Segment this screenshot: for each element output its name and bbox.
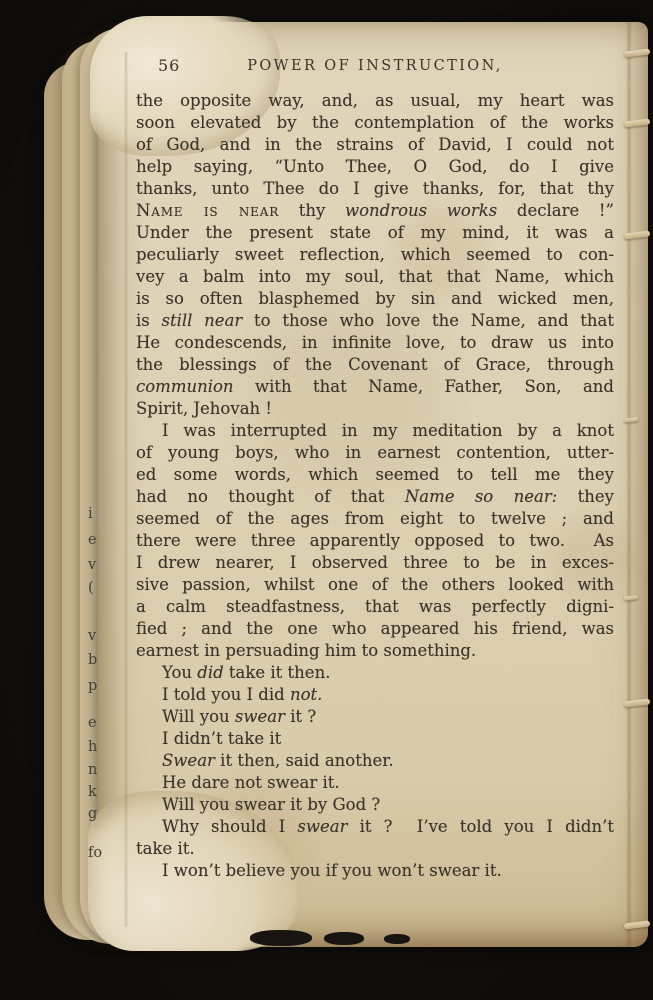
- text-line: I won’t believe you if you won’t swear i…: [136, 860, 614, 882]
- text-segment: the opposite way, and, as usual, my hear…: [136, 91, 614, 110]
- text-segment: Spirit, Jehovah !: [136, 399, 272, 418]
- text-segment: I was interrupted in my meditation by a …: [162, 421, 614, 440]
- margin-letter-fragment: b: [88, 652, 108, 668]
- text-segment: there were three apparently opposed to t…: [136, 531, 614, 550]
- text-segment: He dare not swear it.: [162, 773, 340, 792]
- text-line: soon elevated by the contemplation of th…: [136, 112, 614, 134]
- text-segment: the blessings of the Covenant of Grace, …: [136, 355, 614, 374]
- text-segment: they: [557, 487, 614, 506]
- margin-letter-fragment: h: [88, 739, 108, 755]
- text-segment: it ?: [285, 707, 316, 726]
- text-segment: Will you: [162, 707, 235, 726]
- book-page: 56 POWER OF INSTRUCTION, the opposite wa…: [98, 22, 648, 947]
- text-segment: soon elevated by the contemplation of th…: [136, 113, 614, 132]
- text-line: is still near to those who love the Name…: [136, 310, 614, 332]
- text-line: I was interrupted in my meditation by a …: [136, 420, 614, 442]
- text-segment: is: [136, 311, 162, 330]
- text-segment: swear: [235, 707, 285, 726]
- text-segment: take it.: [136, 839, 195, 858]
- page-header: 56 POWER OF INSTRUCTION,: [136, 56, 614, 78]
- margin-letter-fragment: i: [88, 506, 108, 522]
- text-segment: it ? I’ve told you I didn’t: [347, 817, 614, 836]
- text-line: help saying, “Unto Thee, O God, do I giv…: [136, 156, 614, 178]
- text-segment: with that Name, Father, Son, and: [234, 377, 614, 396]
- photo-background: 56 POWER OF INSTRUCTION, the opposite wa…: [0, 0, 653, 1000]
- margin-letter-fragment: g: [88, 806, 108, 822]
- text-line: communion with that Name, Father, Son, a…: [136, 376, 614, 398]
- text-line: He condescends, in infinite love, to dra…: [136, 332, 614, 354]
- text-segment: is so often blasphemed by sin and wicked…: [136, 289, 614, 308]
- margin-letter-fragment: (: [88, 580, 108, 596]
- text-line: fied ; and the one who appeared his frie…: [136, 618, 614, 640]
- text-line: Name is near thy wondrous works declare …: [136, 200, 614, 222]
- text-line: I didn’t take it: [136, 728, 614, 750]
- text-segment: take it then.: [224, 663, 331, 682]
- text-segment: not.: [290, 685, 322, 704]
- text-line: I told you I did not.: [136, 684, 614, 706]
- text-segment: thanks, unto Thee do I give thanks, for,…: [136, 179, 614, 198]
- text-segment: I told you I did: [162, 685, 290, 704]
- text-line: Will you swear it by God ?: [136, 794, 614, 816]
- text-segment: earnest in persuading him to something.: [136, 641, 476, 660]
- text-line: there were three apparently opposed to t…: [136, 530, 614, 552]
- running-head: POWER OF INSTRUCTION,: [136, 58, 614, 74]
- text-line: peculiarly sweet reflection, which seeme…: [136, 244, 614, 266]
- text-segment: peculiarly sweet reflection, which seeme…: [136, 245, 614, 264]
- text-segment: of God, and in the strains of David, I c…: [136, 135, 614, 154]
- margin-letter-fragment: v: [88, 557, 108, 573]
- text-segment: declare !”: [497, 201, 614, 220]
- text-segment: I won’t believe you if you won’t swear i…: [162, 861, 502, 880]
- text-segment: sive passion, whilst one of the others l…: [136, 575, 614, 594]
- margin-letter-fragment: k: [88, 784, 108, 800]
- text-segment: of young boys, who in earnest contention…: [136, 443, 614, 462]
- text-segment: I drew nearer, I observed three to be in…: [136, 553, 614, 572]
- text-segment: help saying, “Unto Thee, O God, do I giv…: [136, 157, 614, 176]
- margin-letter-fragment: n: [88, 762, 108, 778]
- torn-edge-notch: [324, 932, 364, 945]
- text-segment: a calm steadfastness, that was perfectly…: [136, 597, 614, 616]
- text-line: of God, and in the strains of David, I c…: [136, 134, 614, 156]
- text-segment: Name is near: [136, 201, 279, 220]
- text-segment: did: [197, 663, 223, 682]
- text-segment: fied ; and the one who appeared his frie…: [136, 619, 614, 638]
- text-line: a calm steadfastness, that was perfectly…: [136, 596, 614, 618]
- text-line: Spirit, Jehovah !: [136, 398, 614, 420]
- margin-letter-fragment: fo: [88, 845, 108, 861]
- text-segment: Will you swear it by God ?: [162, 795, 380, 814]
- margin-letter-fragment: e: [88, 715, 108, 731]
- text-line: You did take it then.: [136, 662, 614, 684]
- text-segment: still near: [162, 311, 243, 330]
- text-line: is so often blasphemed by sin and wicked…: [136, 288, 614, 310]
- page-crease-left: [124, 52, 128, 927]
- text-segment: Why should I: [162, 817, 297, 836]
- text-segment: vey a balm into my soul, that that Name,…: [136, 267, 614, 286]
- text-block: the opposite way, and, as usual, my hear…: [136, 90, 614, 882]
- text-line: He dare not swear it.: [136, 772, 614, 794]
- text-segment: wondrous works: [345, 201, 497, 220]
- text-line: vey a balm into my soul, that that Name,…: [136, 266, 614, 288]
- text-segment: You: [162, 663, 197, 682]
- text-line: sive passion, whilst one of the others l…: [136, 574, 614, 596]
- text-segment: swear: [297, 817, 347, 836]
- text-segment: I didn’t take it: [162, 729, 281, 748]
- text-line: thanks, unto Thee do I give thanks, for,…: [136, 178, 614, 200]
- text-segment: it then, said another.: [215, 751, 394, 770]
- text-segment: had no thought of that: [136, 487, 405, 506]
- text-line: of young boys, who in earnest contention…: [136, 442, 614, 464]
- torn-edge-notch: [384, 934, 410, 944]
- binding-crease: [626, 22, 632, 947]
- text-segment: seemed of the ages from eight to twelve …: [136, 509, 614, 528]
- text-line: Why should I swear it ? I’ve told you I …: [136, 816, 614, 838]
- text-line: seemed of the ages from eight to twelve …: [136, 508, 614, 530]
- text-line: Under the present state of my mind, it w…: [136, 222, 614, 244]
- text-line: the opposite way, and, as usual, my hear…: [136, 90, 614, 112]
- text-segment: He condescends, in infinite love, to dra…: [136, 333, 614, 352]
- margin-letter-fragment: e: [88, 532, 108, 548]
- text-segment: to those who love the Name, and that: [242, 311, 614, 330]
- margin-letter-fragment: v: [88, 628, 108, 644]
- text-line: Will you swear it ?: [136, 706, 614, 728]
- text-segment: ed some words, which seemed to tell me t…: [136, 465, 614, 484]
- margin-letter-fragment: p: [88, 678, 108, 694]
- text-line: had no thought of that Name so near: the…: [136, 486, 614, 508]
- text-segment: Swear: [162, 751, 215, 770]
- text-line: Swear it then, said another.: [136, 750, 614, 772]
- text-segment: thy: [279, 201, 345, 220]
- text-line: take it.: [136, 838, 614, 860]
- text-line: the blessings of the Covenant of Grace, …: [136, 354, 614, 376]
- text-segment: Name so near:: [405, 487, 557, 506]
- text-line: ed some words, which seemed to tell me t…: [136, 464, 614, 486]
- text-line: I drew nearer, I observed three to be in…: [136, 552, 614, 574]
- torn-edge-notch: [250, 930, 312, 946]
- text-line: earnest in persuading him to something.: [136, 640, 614, 662]
- text-segment: communion: [136, 377, 234, 396]
- text-segment: Under the present state of my mind, it w…: [136, 223, 614, 242]
